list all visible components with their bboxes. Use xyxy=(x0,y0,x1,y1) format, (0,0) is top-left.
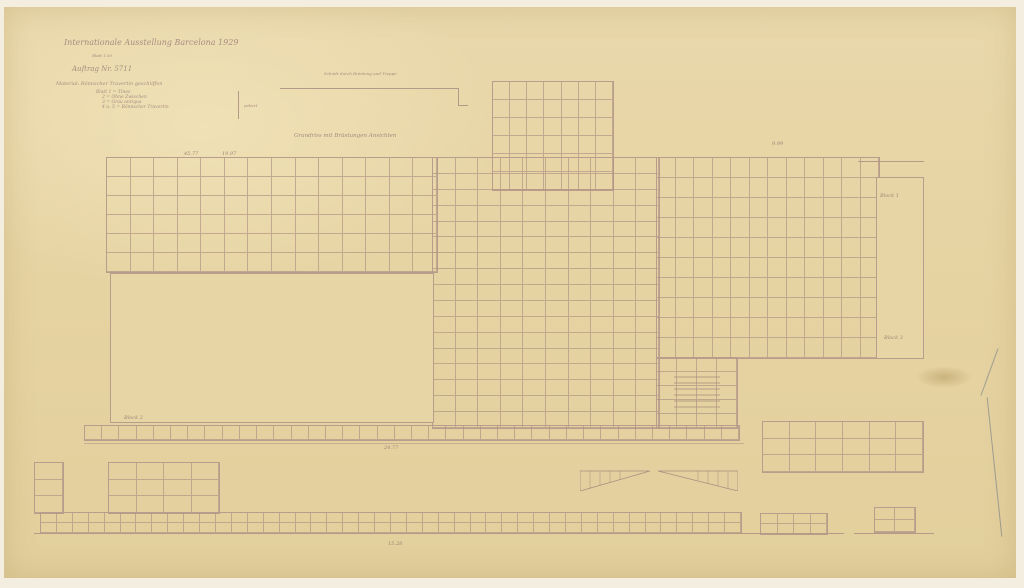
right-open-area xyxy=(876,177,924,359)
grid-cell xyxy=(805,278,824,298)
grid-cell xyxy=(591,269,614,285)
section-label: Schnitt durch Brüstung und Treppe xyxy=(324,71,397,76)
grid-cell xyxy=(842,218,861,238)
grid-cell xyxy=(366,215,390,234)
grid-cell xyxy=(527,136,544,154)
grid-cell xyxy=(216,523,232,533)
grid-cell xyxy=(232,513,248,523)
grid-cell xyxy=(378,426,395,440)
grid-cell xyxy=(501,269,524,285)
grid-cell xyxy=(107,177,131,196)
grid-cell xyxy=(501,380,524,396)
grid-cell xyxy=(456,237,479,253)
dimension-label: 24.77 xyxy=(384,445,398,451)
grid-cell xyxy=(824,198,843,218)
grid-cell xyxy=(433,253,456,269)
grid-cell xyxy=(768,298,787,318)
grid-cell xyxy=(510,118,527,136)
grid-cell xyxy=(319,196,343,215)
grid-cell xyxy=(433,237,456,253)
grid-cell xyxy=(501,301,524,317)
grid-cell xyxy=(456,380,479,396)
grid-cell xyxy=(433,301,456,317)
grid-cell xyxy=(670,426,687,440)
grid-cell xyxy=(280,523,296,533)
grid-cell xyxy=(248,513,264,523)
grid-cell xyxy=(523,317,546,333)
grid-cell xyxy=(750,158,769,178)
grid-cell xyxy=(510,100,527,118)
grid-cell xyxy=(478,333,501,349)
grid-cell xyxy=(824,278,843,298)
grid-cell xyxy=(501,285,524,301)
grid-cell xyxy=(630,523,646,533)
grid-cell xyxy=(591,206,614,222)
grid-cell xyxy=(121,523,137,533)
grid-cell xyxy=(619,426,636,440)
grid-cell xyxy=(433,174,456,190)
grid-cell xyxy=(109,480,137,497)
grid-cell xyxy=(272,215,296,234)
grid-cell xyxy=(192,463,220,480)
grid-cell xyxy=(713,158,732,178)
grid-cell xyxy=(750,298,769,318)
grid-cell xyxy=(223,426,240,440)
grid-cell xyxy=(546,206,569,222)
pencil-mark xyxy=(987,397,1003,536)
grid-cell xyxy=(501,396,524,412)
grid-cell xyxy=(584,426,601,440)
grid-cell xyxy=(390,253,414,272)
grid-cell xyxy=(105,523,121,533)
grid-cell xyxy=(676,218,695,238)
grid-cell xyxy=(478,349,501,365)
grid-cell xyxy=(501,190,524,206)
grid-cell xyxy=(311,523,327,533)
grid-cell xyxy=(787,338,806,358)
grid-cell xyxy=(439,513,455,523)
grid-cell xyxy=(636,426,653,440)
grid-cell xyxy=(510,136,527,154)
grid-cell xyxy=(805,218,824,238)
grid-cell xyxy=(119,426,136,440)
grid-cell xyxy=(790,455,817,472)
grid-cell xyxy=(523,364,546,380)
grid-cell xyxy=(201,253,225,272)
grid-cell xyxy=(579,82,596,100)
grid-cell xyxy=(456,333,479,349)
grid-cell xyxy=(164,480,192,497)
grid-cell xyxy=(35,463,63,480)
grid-cell xyxy=(546,253,569,269)
grid-cell xyxy=(546,396,569,412)
grid-side-block xyxy=(108,462,220,514)
grid-cell xyxy=(805,338,824,358)
grid-cell xyxy=(787,258,806,278)
block-label: Block 3 xyxy=(884,335,903,341)
grid-cell xyxy=(676,318,695,338)
grid-cell xyxy=(501,349,524,365)
grid-cell xyxy=(687,426,704,440)
grid-cell xyxy=(366,196,390,215)
grid-cell xyxy=(731,218,750,238)
grid-side-block-left xyxy=(34,462,64,514)
grid-cell xyxy=(546,301,569,317)
grid-cell xyxy=(137,496,165,513)
grid-cell xyxy=(109,496,137,513)
grid-cell xyxy=(359,523,375,533)
drawing-title: Internationale Ausstellung Barcelona 192… xyxy=(64,38,238,47)
grid-cell xyxy=(676,278,695,298)
grid-cell xyxy=(456,317,479,333)
ramp-left xyxy=(580,469,650,491)
grid-cell xyxy=(614,301,637,317)
grid-cell xyxy=(750,278,769,298)
grid-cell xyxy=(677,513,693,523)
grid-cell xyxy=(264,513,280,523)
grid-cell xyxy=(478,158,501,174)
footer-baseline xyxy=(34,533,746,534)
dimension-line-bottom xyxy=(84,443,744,444)
grid-cell xyxy=(201,177,225,196)
grid-cell xyxy=(136,523,152,533)
block-label: Block 1 xyxy=(880,193,899,199)
grid-cell xyxy=(694,238,713,258)
grid-cell xyxy=(501,364,524,380)
grid-cell xyxy=(225,253,249,272)
grid-cell xyxy=(137,480,165,497)
grid-cell xyxy=(569,317,592,333)
grid-cell xyxy=(523,333,546,349)
grid-cell xyxy=(137,463,165,480)
grid-cell xyxy=(131,177,155,196)
grid-cell xyxy=(131,234,155,253)
grid-cell xyxy=(225,177,249,196)
grid-cell xyxy=(676,338,695,358)
grid-cell xyxy=(569,158,592,174)
grid-cell xyxy=(311,513,327,523)
grid-cell xyxy=(646,513,662,523)
grid-cell xyxy=(787,218,806,238)
grid-cell xyxy=(591,174,614,190)
grid-cell xyxy=(596,118,613,136)
grid-cell xyxy=(787,178,806,198)
grid-cell xyxy=(544,82,561,100)
grid-cell xyxy=(694,198,713,218)
grid-cell xyxy=(501,237,524,253)
grid-cell xyxy=(319,158,343,177)
grid-cell xyxy=(713,278,732,298)
grid-cell xyxy=(41,513,57,523)
grid-cell xyxy=(319,177,343,196)
grid-cell xyxy=(107,253,131,272)
dimension-label: 19.97 xyxy=(222,151,236,157)
grid-cell xyxy=(73,523,89,533)
grid-cell xyxy=(722,426,739,440)
grid-cell xyxy=(657,178,676,198)
grid-cell xyxy=(257,426,274,440)
grid-cell xyxy=(493,118,510,136)
grid-cell xyxy=(272,177,296,196)
grid-small-block-1 xyxy=(760,513,828,535)
dimension-label: 15.28 xyxy=(388,541,402,547)
grid-cell xyxy=(319,215,343,234)
grid-cell xyxy=(546,285,569,301)
grid-cell xyxy=(534,513,550,523)
grid-cell xyxy=(523,222,546,238)
grid-cell xyxy=(498,426,515,440)
grid-cell xyxy=(750,198,769,218)
grid-cell xyxy=(446,426,463,440)
grid-cell xyxy=(657,218,676,238)
grid-cell xyxy=(591,364,614,380)
grid-cell xyxy=(768,178,787,198)
grid-cell xyxy=(343,426,360,440)
section-step-base xyxy=(458,105,468,106)
grid-cell xyxy=(152,523,168,533)
grid-cell xyxy=(248,234,272,253)
grid-cell xyxy=(550,513,566,523)
legend-item: 4 u. 5 = Römischer Travertin xyxy=(102,105,169,110)
grid-cell xyxy=(778,514,795,524)
grid-cell xyxy=(178,196,202,215)
grid-cell xyxy=(569,396,592,412)
grid-cell xyxy=(657,158,676,178)
grid-cell xyxy=(591,317,614,333)
grid-cell xyxy=(527,118,544,136)
grid-cell xyxy=(493,100,510,118)
grid-cell xyxy=(677,523,693,533)
grid-cell xyxy=(433,349,456,365)
grid-cell xyxy=(105,513,121,523)
grid-cell xyxy=(327,513,343,523)
grid-cell xyxy=(309,426,326,440)
grid-cell xyxy=(391,523,407,533)
grid-cell xyxy=(763,422,790,439)
grid-cell xyxy=(121,513,137,523)
grid-cell xyxy=(201,196,225,215)
grid-cell xyxy=(713,218,732,238)
grid-cell xyxy=(154,253,178,272)
grid-cell xyxy=(657,238,676,258)
grid-cell xyxy=(582,513,598,523)
grid-cell xyxy=(154,426,171,440)
grid-cell xyxy=(794,514,811,524)
grid-cell xyxy=(232,523,248,533)
grid-cell xyxy=(429,426,446,440)
grid-cell xyxy=(154,234,178,253)
grid-cell xyxy=(478,285,501,301)
small-baseline-1 xyxy=(744,533,844,534)
grid-cell xyxy=(657,358,677,372)
grid-cell xyxy=(713,258,732,278)
grid-cell xyxy=(709,523,725,533)
grid-cell xyxy=(569,380,592,396)
grid-cell xyxy=(824,338,843,358)
grid-cell xyxy=(343,215,367,234)
grid-cell xyxy=(131,158,155,177)
grid-cell xyxy=(805,158,824,178)
grid-cell xyxy=(225,234,249,253)
grid-cell xyxy=(192,480,220,497)
grid-cell xyxy=(725,513,741,523)
grid-cell xyxy=(842,258,861,278)
drawing-order: Auftrag Nr. 5711 xyxy=(72,65,132,73)
grid-cell xyxy=(579,118,596,136)
grid-cell xyxy=(598,523,614,533)
grid-cell xyxy=(201,234,225,253)
grid-cell xyxy=(164,463,192,480)
grid-cell xyxy=(439,523,455,533)
grid-cell xyxy=(614,190,637,206)
grid-cell xyxy=(842,318,861,338)
grid-cell xyxy=(805,298,824,318)
grid-cell xyxy=(296,513,312,523)
grid-cell xyxy=(601,426,618,440)
grid-cell xyxy=(731,158,750,178)
grid-cell xyxy=(154,196,178,215)
grid-cell xyxy=(591,396,614,412)
grid-cell xyxy=(657,318,676,338)
grid-cell xyxy=(375,513,391,523)
grid-cell xyxy=(875,520,895,532)
grid-cell xyxy=(136,513,152,523)
grid-cell xyxy=(731,258,750,278)
grid-cell xyxy=(248,158,272,177)
grid-cell xyxy=(811,514,828,524)
grid-cell xyxy=(478,380,501,396)
grid-cell xyxy=(694,218,713,238)
grid-cell xyxy=(870,439,897,456)
grid-cell xyxy=(164,496,192,513)
grid-cell xyxy=(296,177,320,196)
grid-cell xyxy=(842,298,861,318)
grid-cell xyxy=(768,258,787,278)
grid-cell xyxy=(895,508,915,520)
grid-cell xyxy=(694,298,713,318)
grid-cell xyxy=(694,338,713,358)
grid-cell xyxy=(168,513,184,523)
plan-heading: Grundriss mit Brüstungen Ansichten xyxy=(294,133,396,139)
grid-cell xyxy=(731,238,750,258)
grid-cell xyxy=(57,513,73,523)
grid-cell xyxy=(614,396,637,412)
grid-cell xyxy=(343,234,367,253)
grid-cell xyxy=(107,196,131,215)
grid-cell xyxy=(768,198,787,218)
grid-cell xyxy=(546,317,569,333)
grid-cell xyxy=(178,234,202,253)
grid-cell xyxy=(569,222,592,238)
grid-cell xyxy=(433,158,456,174)
grid-cell xyxy=(717,386,737,400)
grid-cell xyxy=(546,237,569,253)
grid-cell xyxy=(391,513,407,523)
grid-cell xyxy=(109,463,137,480)
grid-cell xyxy=(518,513,534,523)
block-label: Block 2 xyxy=(124,415,143,421)
grid-cell xyxy=(478,237,501,253)
grid-cell xyxy=(131,253,155,272)
grid-cell xyxy=(562,100,579,118)
grid-cell xyxy=(569,333,592,349)
grid-cell xyxy=(152,513,168,523)
grid-cell xyxy=(456,158,479,174)
grid-small-block-2 xyxy=(874,507,916,533)
grid-cell xyxy=(456,301,479,317)
grid-cell xyxy=(501,317,524,333)
grid-cell xyxy=(272,196,296,215)
grid-cell xyxy=(895,520,915,532)
grid-cell xyxy=(713,238,732,258)
grid-cell xyxy=(816,455,843,472)
grid-cell xyxy=(532,426,549,440)
grid-cell xyxy=(407,523,423,533)
grid-cell xyxy=(137,426,154,440)
grid-cell xyxy=(200,523,216,533)
grid-cell xyxy=(693,523,709,533)
grid-cell xyxy=(731,318,750,338)
grid-cell xyxy=(614,174,637,190)
grid-cell xyxy=(569,285,592,301)
grid-cell xyxy=(481,426,498,440)
grid-cell xyxy=(598,513,614,523)
grid-cell xyxy=(225,158,249,177)
grid-cell xyxy=(523,237,546,253)
grid-cell xyxy=(248,253,272,272)
grid-cell xyxy=(750,258,769,278)
grid-cell xyxy=(569,206,592,222)
grid-cell xyxy=(225,196,249,215)
grid-cell xyxy=(292,426,309,440)
grid-cell xyxy=(486,513,502,523)
grid-cell xyxy=(523,174,546,190)
grid-cell xyxy=(596,100,613,118)
grid-cell xyxy=(248,215,272,234)
grid-cell xyxy=(717,372,737,386)
grid-cell xyxy=(768,158,787,178)
grid-cell xyxy=(843,455,870,472)
grid-cell xyxy=(131,196,155,215)
grid-cell xyxy=(843,422,870,439)
grid-cell xyxy=(579,136,596,154)
grid-cell xyxy=(205,426,222,440)
grid-cell xyxy=(694,278,713,298)
grid-cell xyxy=(41,523,57,533)
grid-cell xyxy=(366,158,390,177)
grid-cell xyxy=(768,238,787,258)
grid-cell xyxy=(478,190,501,206)
grid-cell xyxy=(842,238,861,258)
grid-cell xyxy=(750,178,769,198)
grid-cell xyxy=(842,198,861,218)
grid-cell xyxy=(713,178,732,198)
grid-cell xyxy=(319,234,343,253)
grid-cell xyxy=(805,318,824,338)
grid-cell xyxy=(842,178,861,198)
courtyard-area xyxy=(110,273,434,423)
grid-cell xyxy=(596,82,613,100)
grid-cell xyxy=(433,285,456,301)
grid-cell xyxy=(343,177,367,196)
grid-cell xyxy=(731,298,750,318)
grid-cell xyxy=(896,422,923,439)
grid-cell xyxy=(407,513,423,523)
grid-cell xyxy=(523,253,546,269)
grid-cell xyxy=(515,426,532,440)
grid-cell xyxy=(107,234,131,253)
grid-cell xyxy=(523,396,546,412)
